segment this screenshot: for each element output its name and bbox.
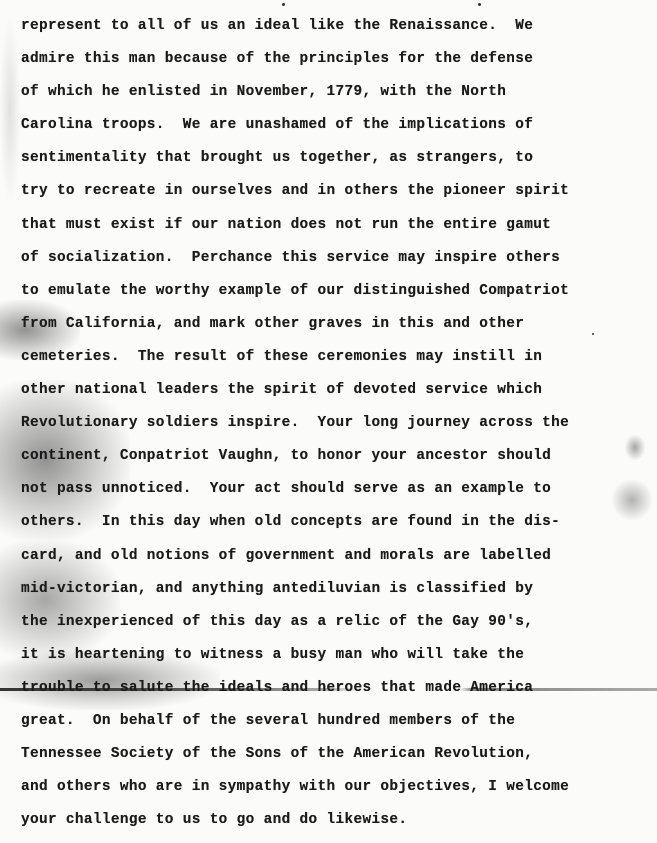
text-line: sentimentality that brought us together,… [21,142,641,175]
text-line: the inexperienced of this day as a relic… [21,606,641,639]
text-line: it is heartening to witness a busy man w… [21,639,641,672]
text-line: not pass unnoticed. Your act should serv… [21,473,641,506]
text-line: card, and old notions of government and … [21,540,641,573]
scan-smudge [0,20,20,200]
text-line: others. In this day when old concepts ar… [21,506,641,539]
ink-speck [478,3,481,6]
text-line: continent, Conpatriot Vaughn, to honor y… [21,440,641,473]
text-line: trouble to salute the ideals and heroes … [21,672,641,705]
text-line: to emulate the worthy example of our dis… [21,275,641,308]
text-line: admire this man because of the principle… [21,43,641,76]
text-line: great. On behalf of the several hundred … [21,705,641,738]
document-page: represent to all of us an ideal like the… [0,0,657,843]
text-line: Revolutionary soldiers inspire. Your lon… [21,407,641,440]
typewritten-body: represent to all of us an ideal like the… [21,10,641,837]
text-line: of socialization. Perchance this service… [21,242,641,275]
text-line: of which he enlisted in November, 1779, … [21,76,641,109]
ink-speck [282,3,285,6]
text-line: try to recreate in ourselves and in othe… [21,175,641,208]
text-line: cemeteries. The result of these ceremoni… [21,341,641,374]
text-line: other national leaders the spirit of dev… [21,374,641,407]
text-line: mid-victorian, and anything antediluvian… [21,573,641,606]
text-line: from California, and mark other graves i… [21,308,641,341]
text-line: that must exist if our nation does not r… [21,209,641,242]
text-line: Carolina troops. We are unashamed of the… [21,109,641,142]
text-line: and others who are in sympathy with our … [21,771,641,804]
text-line: Tennessee Society of the Sons of the Ame… [21,738,641,771]
text-line: represent to all of us an ideal like the… [21,10,641,43]
text-line: your challenge to us to go and do likewi… [21,804,641,837]
